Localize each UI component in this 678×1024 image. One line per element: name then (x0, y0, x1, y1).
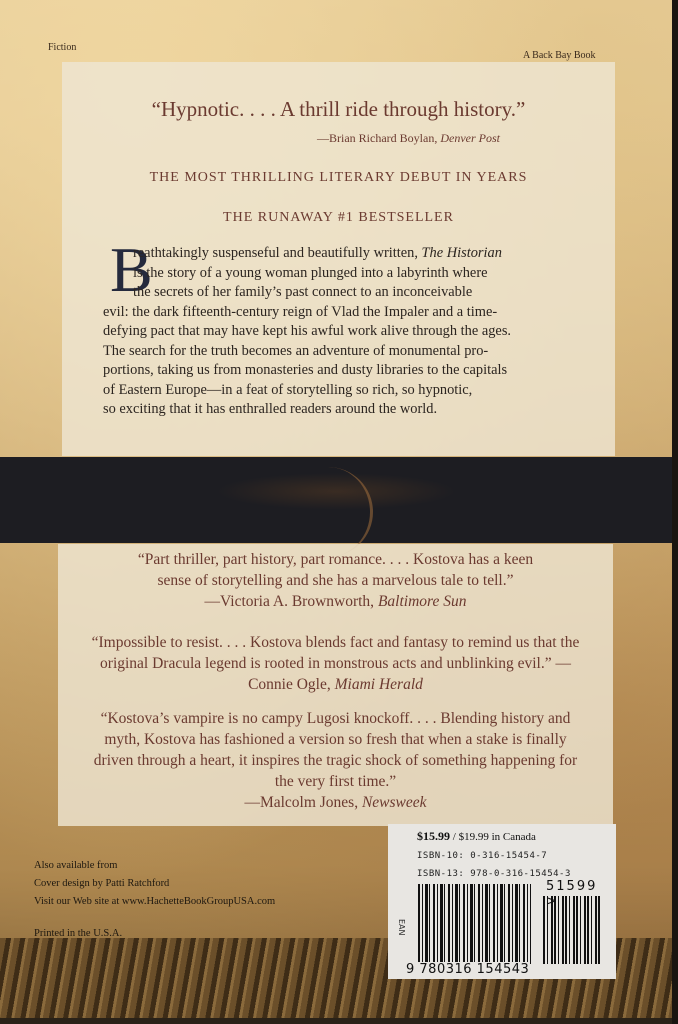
tagline-bestseller: THE RUNAWAY #1 BESTSELLER (62, 210, 615, 226)
ean-label: EAN (397, 919, 406, 936)
page-edge-shadow (672, 0, 678, 1024)
description-line: is the story of a young woman plunged in… (103, 264, 608, 284)
barcode-label: $15.99 / $19.99 in Canada ISBN-10: 0-316… (388, 824, 616, 979)
description-line: reathtakingly suspenseful and beautifull… (103, 244, 608, 264)
description-text: reathtakingly suspenseful and beautifull… (103, 244, 608, 420)
review-quote: “Kostova’s vampire is no campy Lugosi kn… (58, 708, 613, 813)
description-line: portions, taking us from monasteries and… (103, 361, 608, 381)
isbn-13: ISBN-13: 978-0-316-15454-3 (417, 869, 571, 879)
barcode-ean13 (418, 884, 531, 964)
description-line: The search for the truth becomes an adve… (103, 342, 608, 362)
barcode-digits: 9 780316 154543 (406, 962, 529, 977)
also-available: Also available from (34, 857, 275, 875)
printed-in: Printed in the U.S.A. (34, 925, 275, 943)
top-quote: “Hypnotic. . . . A thrill ride through h… (62, 97, 615, 122)
cover-design-credit: Cover design by Patti Ratchford (34, 875, 275, 893)
review-quote: “Impossible to resist. . . . Kostova ble… (58, 632, 613, 695)
description-line: evil: the dark fifteenth-century reign o… (103, 303, 608, 323)
description-line: defying pact that may have kept his awfu… (103, 322, 608, 342)
top-quote-attribution: —Brian Richard Boylan, Denver Post (62, 131, 615, 146)
isbn-10: ISBN-10: 0-316-15454-7 (417, 851, 547, 861)
description-line: so exciting that it has enthralled reade… (103, 400, 608, 420)
category-label: Fiction (48, 42, 76, 53)
credits: Also available from Cover design by Patt… (34, 857, 275, 943)
imprint-label: A Back Bay Book (523, 50, 596, 61)
description-line: of Eastern Europe—in a feat of storytell… (103, 381, 608, 401)
book-back-cover: Fiction A Back Bay Book “Hypnotic. . . .… (0, 0, 672, 1018)
tagline-debut: THE MOST THRILLING LITERARY DEBUT IN YEA… (62, 170, 615, 186)
review-quote: “Part thriller, part history, part roman… (58, 549, 613, 612)
website-link[interactable]: Visit our Web site at www.HachetteBookGr… (34, 893, 275, 911)
description-line: the secrets of her family’s past connect… (103, 283, 608, 303)
price: $15.99 / $19.99 in Canada (417, 829, 536, 844)
barcode-addon (543, 896, 601, 964)
